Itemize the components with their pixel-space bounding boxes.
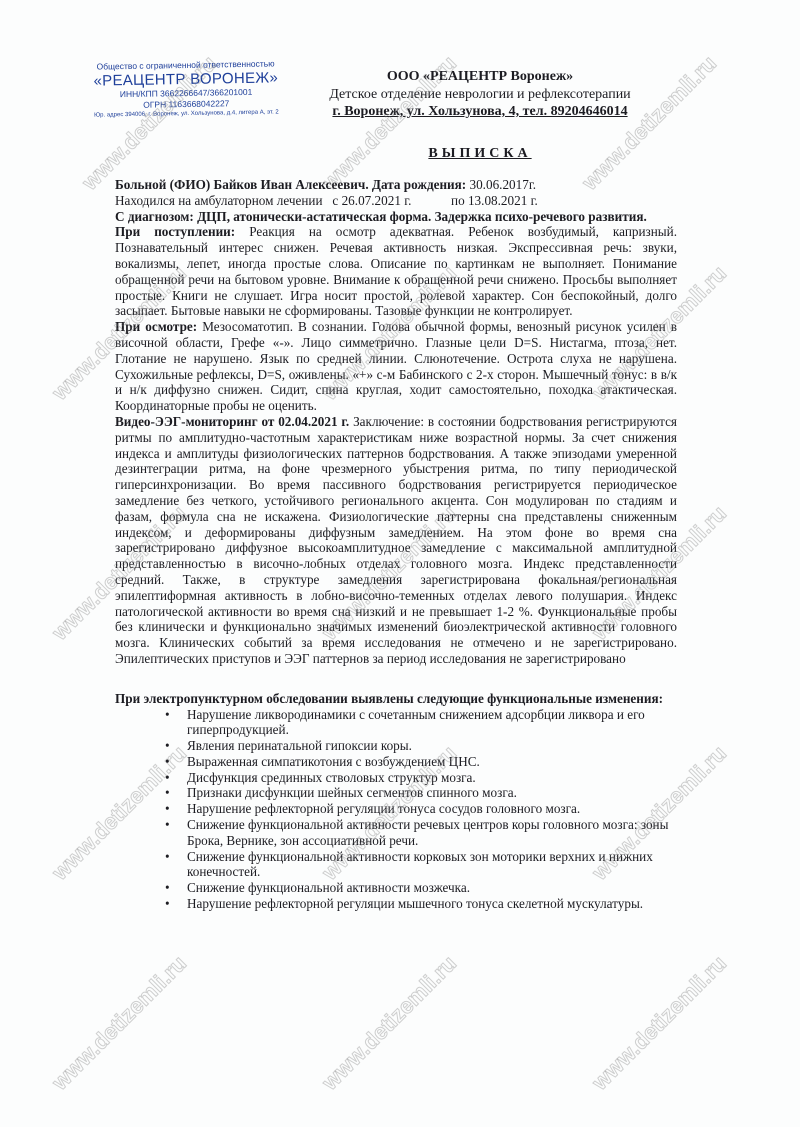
eeg-label: Видео-ЭЭГ-мониторинг от 02.04.2021 г. <box>115 414 349 429</box>
finding-item: Явления перинатальной гипоксии коры. <box>187 738 677 754</box>
finding-item: Снижение функциональной активности корко… <box>187 849 677 881</box>
watermark: www.detizemli.ru <box>47 951 192 1096</box>
organization-stamp: Общество с ограниченной ответственностью… <box>66 58 307 121</box>
org-address: г. Воронеж, ул. Хользунова, 4, тел. 8920… <box>300 103 660 121</box>
findings-heading: При электропунктурном обследовании выявл… <box>115 691 677 707</box>
finding-item: Нарушение рефлекторной регуляции мышечно… <box>187 896 677 912</box>
document-title: ВЫПИСКА <box>300 146 660 162</box>
findings-list: Нарушение ликвородинамики с сочетанным с… <box>115 707 677 912</box>
patient-name: Больной (ФИО) Байков Иван Алексеевич. Да… <box>115 177 469 192</box>
finding-item: Снижение функциональной активности речев… <box>187 817 677 849</box>
admission-label: При поступлении: <box>115 224 235 239</box>
finding-item: Признаки дисфункции шейных сегментов спи… <box>187 785 677 801</box>
finding-item: Снижение функциональной активности мозже… <box>187 880 677 896</box>
diagnosis: С диагнозом: ДЦП, атонически-астатическа… <box>115 209 677 225</box>
finding-item: Дисфункция срединных стволовых структур … <box>187 770 677 786</box>
department-name: Детское отделение неврологии и рефлексот… <box>300 86 660 103</box>
finding-item: Нарушение рефлекторной регуляции тонуса … <box>187 801 677 817</box>
letterhead: ООО «РЕАЦЕНТР Воронеж» Детское отделение… <box>300 68 660 121</box>
document-page: Общество с ограниченной ответственностью… <box>0 0 800 1127</box>
examination-section: При осмотре: Мезосоматотип. В сознании. … <box>115 319 677 414</box>
document-body: Больной (ФИО) Байков Иван Алексеевич. Да… <box>115 177 677 912</box>
eeg-text: Заключение: в состоянии бодрствования ре… <box>115 414 677 666</box>
finding-item: Выраженная симпатикотония с возбуждением… <box>187 754 677 770</box>
watermark: www.detizemli.ru <box>317 951 462 1096</box>
examination-text: Мезосоматотип. В сознании. Голова обычно… <box>115 319 677 413</box>
org-name: ООО «РЕАЦЕНТР Воронеж» <box>300 68 660 86</box>
birth-date: 30.06.2017г. <box>469 177 536 192</box>
treatment-period: Находился на амбулаторном лечении с 26.0… <box>115 193 677 209</box>
patient-line: Больной (ФИО) Байков Иван Алексеевич. Да… <box>115 177 677 193</box>
watermark: www.detizemli.ru <box>587 951 732 1096</box>
eeg-section: Видео-ЭЭГ-мониторинг от 02.04.2021 г. За… <box>115 414 677 667</box>
examination-label: При осмотре: <box>115 319 197 334</box>
finding-item: Нарушение ликвородинамики с сочетанным с… <box>187 707 677 739</box>
admission-section: При поступлении: Реакция на осмотр адекв… <box>115 224 677 319</box>
